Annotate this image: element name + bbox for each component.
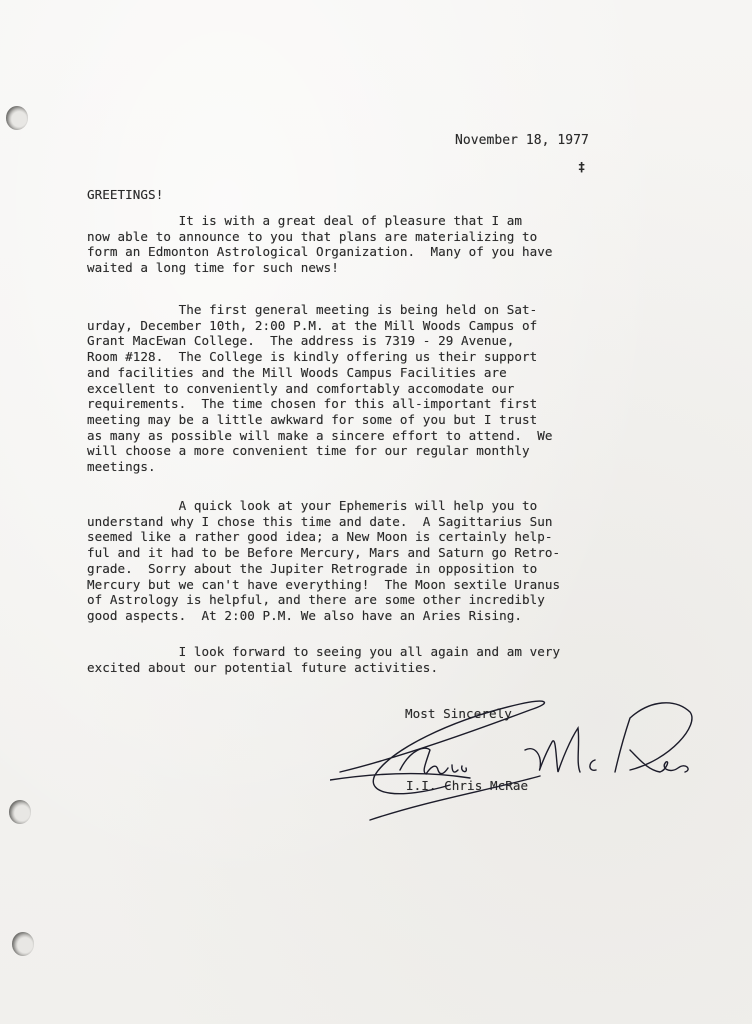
paragraph-meeting-details: The first general meeting is being held … — [87, 302, 553, 475]
letter-page: November 18, 1977 ‡ GREETINGS! It is wit… — [0, 0, 752, 1024]
hole-punch — [6, 106, 28, 130]
paragraph-announcement: It is with a great deal of pleasure that… — [87, 213, 553, 276]
stray-mark: ‡ — [578, 160, 585, 176]
hole-punch — [12, 932, 34, 956]
salutation: GREETINGS! — [87, 187, 163, 203]
letter-date: November 18, 1977 — [455, 133, 589, 149]
paragraph-astrology: A quick look at your Ephemeris will help… — [87, 498, 560, 624]
paragraph-closing-remarks: I look forward to seeing you all again a… — [87, 644, 560, 675]
hole-punch — [9, 800, 31, 824]
handwritten-signature — [330, 690, 710, 830]
